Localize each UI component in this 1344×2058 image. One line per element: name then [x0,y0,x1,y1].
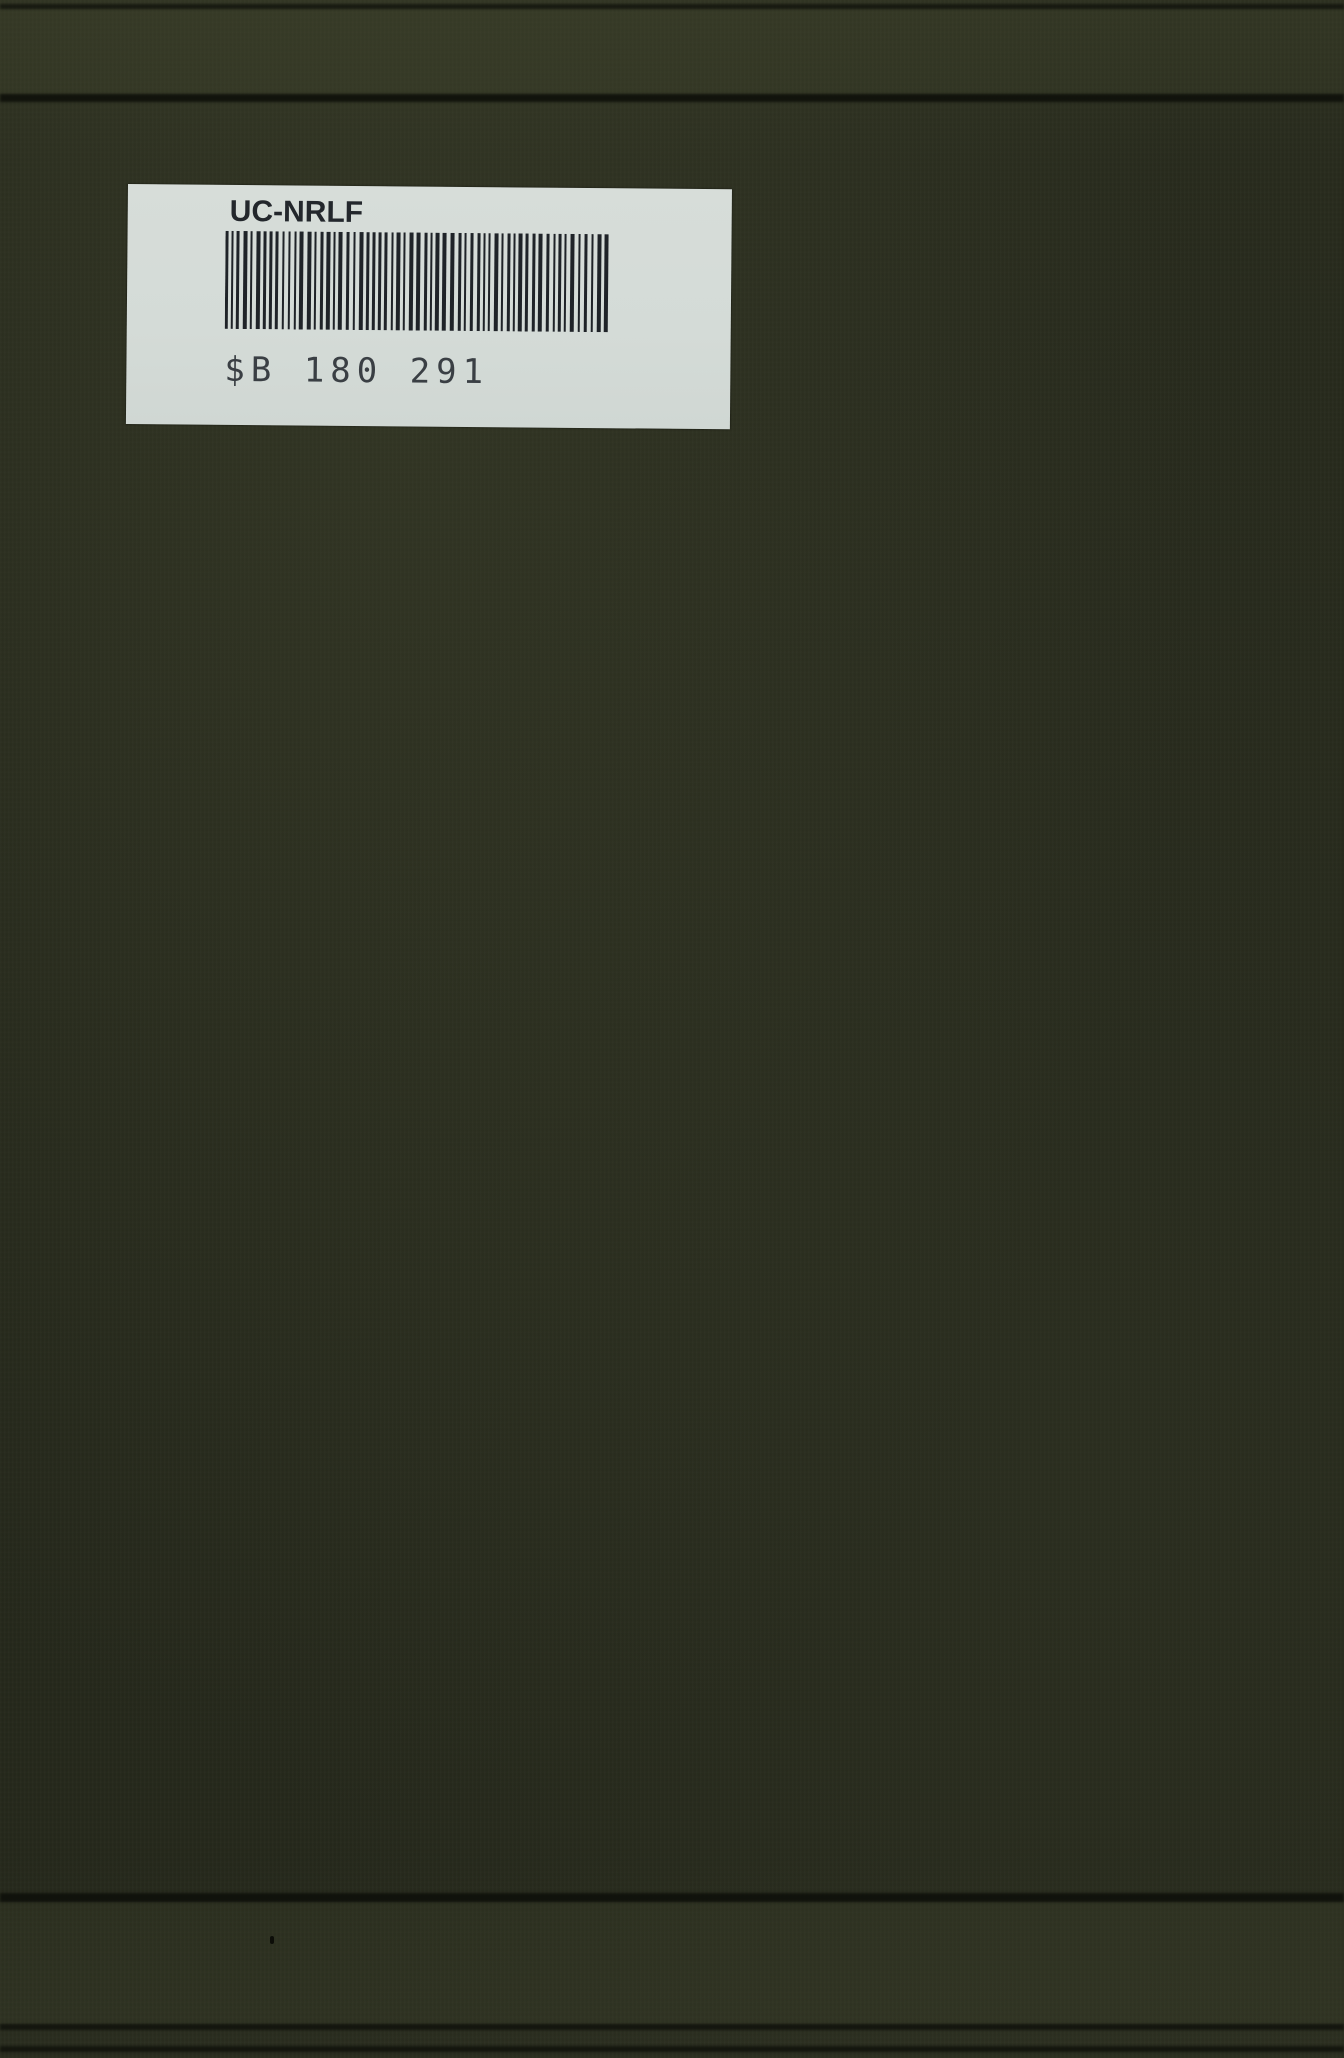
bottom-rule [0,1893,1344,1902]
top-band [0,9,1344,94]
top-edge-rule [0,4,1344,9]
top-rule [0,94,1344,102]
call-number: $B 180 291 [224,353,489,389]
label-heading: UC-NRLF [230,197,364,228]
bottom-band [0,1902,1344,2024]
book-cover: UC-NRLF $B 180 291 [0,0,1344,2058]
library-label: UC-NRLF $B 180 291 [126,184,732,429]
barcode-icon [225,231,610,332]
bottom-double-rule-upper [0,2024,1344,2030]
cloth-speck [270,1936,274,1944]
bottom-double-rule-lower [0,2046,1344,2052]
